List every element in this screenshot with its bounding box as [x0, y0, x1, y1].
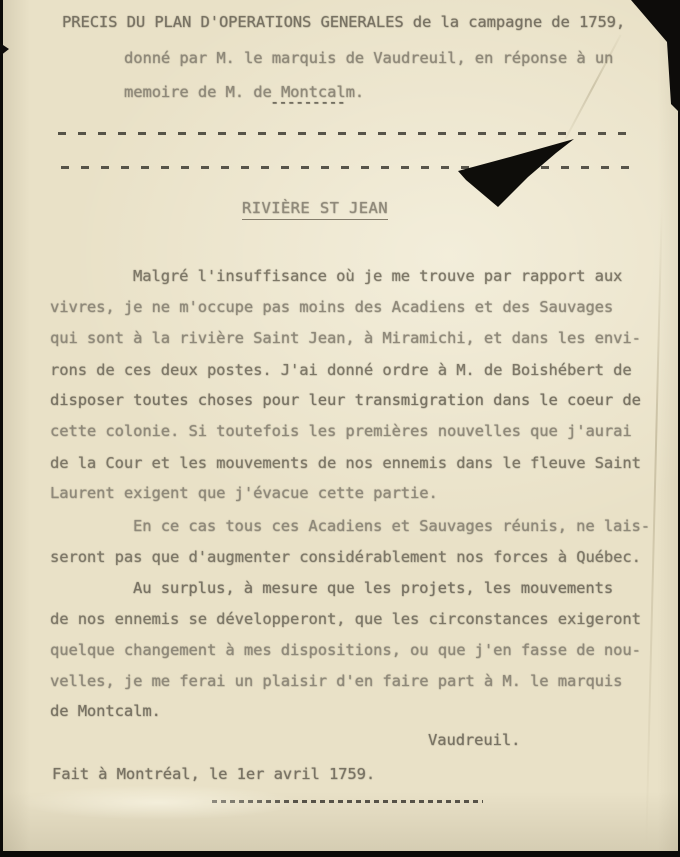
- edge-notch: [0, 43, 9, 56]
- torn-corner: [631, 0, 680, 113]
- document-scan: PRECIS DU PLAN D'OPERATIONS GENERALES de…: [0, 0, 680, 857]
- scan-artifacts-layer: [0, 0, 680, 857]
- ink-blot: [458, 139, 574, 207]
